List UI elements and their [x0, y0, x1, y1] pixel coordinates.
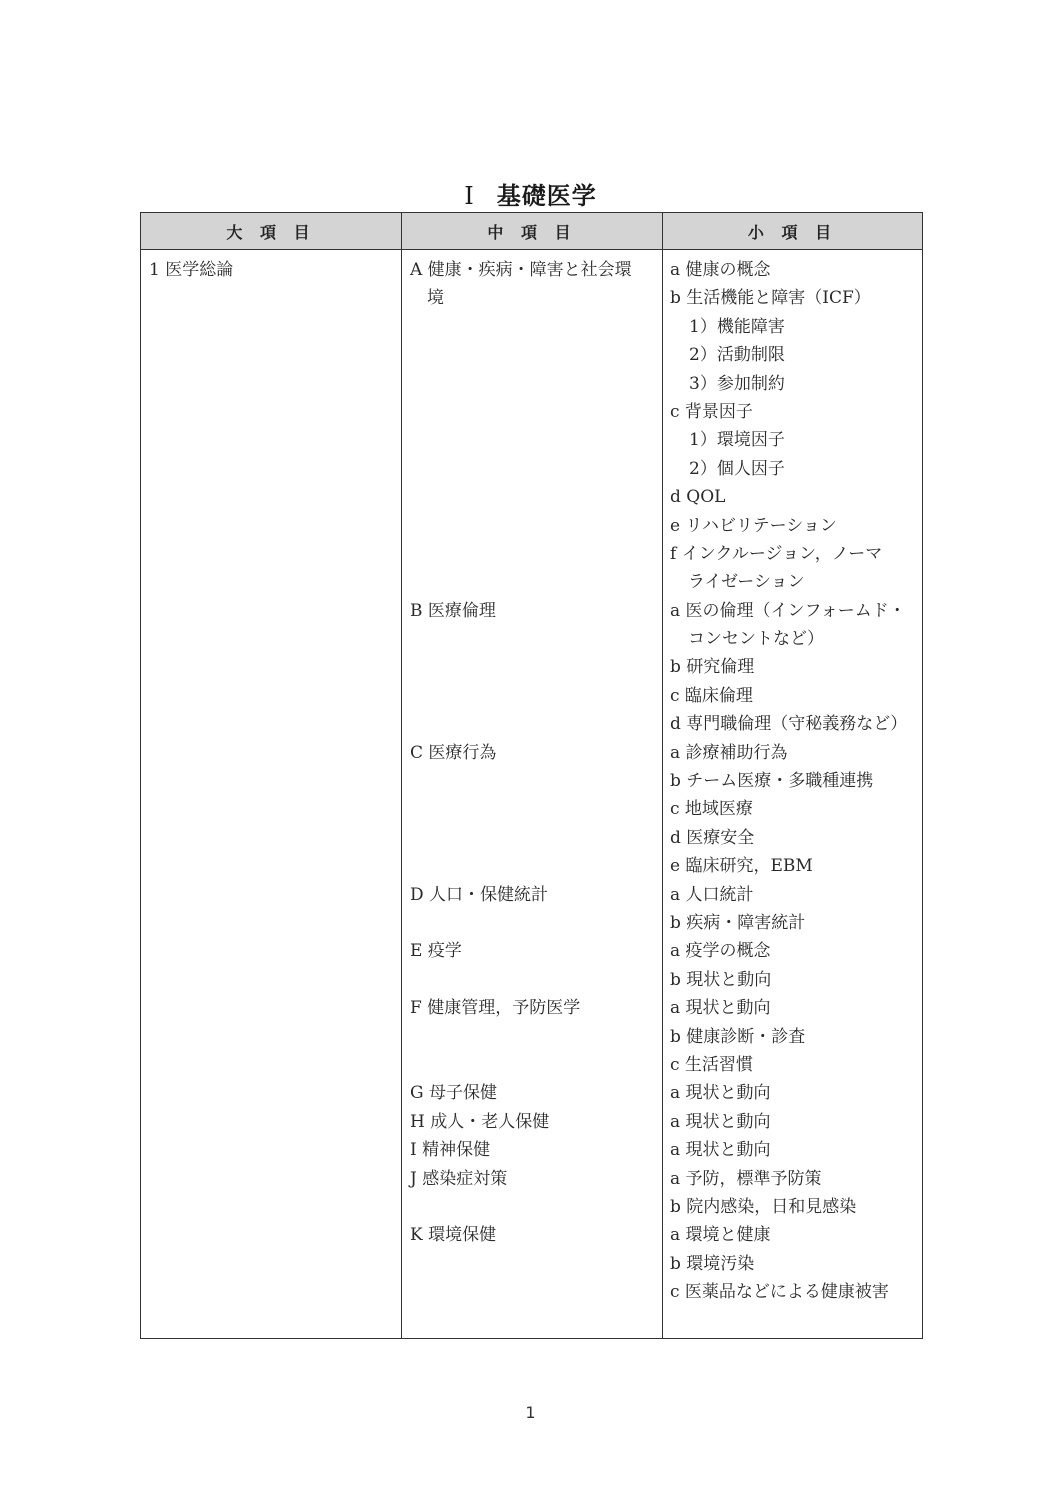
minor-item: c 地域医療: [663, 795, 922, 823]
minor-item: f インクルージョン，ノーマ: [663, 540, 922, 568]
middle-column: A 健康・疾病・障害と社会環境B 医療倫理C 医療行為D 人口・保健統計E 疫学…: [402, 250, 663, 1339]
middle-item: [402, 852, 662, 880]
middle-item: [402, 710, 662, 738]
minor-item: a 予防，標準予防策: [663, 1165, 922, 1193]
minor-item: a 現状と動向: [663, 1136, 922, 1164]
minor-column: a 健康の概念b 生活機能と障害（ICF）1）機能障害2）活動制限3）参加制約c…: [663, 250, 923, 1339]
header-middle: 中 項 目: [402, 213, 663, 250]
minor-item: c 生活習慣: [663, 1051, 922, 1079]
minor-item: a 現状と動向: [663, 1079, 922, 1107]
major-column: 1 医学総論: [141, 250, 402, 1339]
minor-item: 1）機能障害: [663, 313, 922, 341]
middle-item: F 健康管理，予防医学: [402, 994, 662, 1022]
middle-item: [402, 512, 662, 540]
middle-item: [402, 398, 662, 426]
minor-item: b 疾病・障害統計: [663, 909, 922, 937]
minor-item: b 生活機能と障害（ICF）: [663, 284, 922, 312]
middle-item: [402, 795, 662, 823]
outline-table: 大 項 目 中 項 目 小 項 目 1 医学総論 A 健康・疾病・障害と社会環境…: [140, 212, 923, 1339]
page-number: 1: [0, 1403, 1061, 1422]
minor-item: a 健康の概念: [663, 256, 922, 284]
middle-item: [402, 653, 662, 681]
middle-item: K 環境保健: [402, 1221, 662, 1249]
minor-item: a 疫学の概念: [663, 937, 922, 965]
minor-item: b チーム医療・多職種連携: [663, 767, 922, 795]
minor-item: e リハビリテーション: [663, 512, 922, 540]
minor-item: e 臨床研究，EBM: [663, 852, 922, 880]
middle-item: 境: [402, 284, 662, 312]
middle-item: [402, 966, 662, 994]
middle-item: [402, 767, 662, 795]
minor-item: ライゼーション: [663, 568, 922, 596]
middle-item: [402, 824, 662, 852]
middle-item: C 医療行為: [402, 739, 662, 767]
middle-item: B 医療倫理: [402, 597, 662, 625]
minor-item: a 診療補助行為: [663, 739, 922, 767]
minor-item: b 研究倫理: [663, 653, 922, 681]
minor-item: b 環境汚染: [663, 1250, 922, 1278]
middle-item: [402, 483, 662, 511]
minor-item: a 現状と動向: [663, 994, 922, 1022]
middle-item: H 成人・老人保健: [402, 1108, 662, 1136]
middle-item: [402, 1278, 662, 1306]
minor-item: d 医療安全: [663, 824, 922, 852]
middle-item: [402, 455, 662, 483]
middle-item: E 疫学: [402, 937, 662, 965]
middle-item: A 健康・疾病・障害と社会環: [402, 256, 662, 284]
minor-item: 3）参加制約: [663, 370, 922, 398]
minor-item: c 臨床倫理: [663, 682, 922, 710]
title-text: 基礎医学: [497, 181, 597, 210]
minor-item: b 現状と動向: [663, 966, 922, 994]
table-header-row: 大 項 目 中 項 目 小 項 目: [141, 213, 923, 250]
minor-item: a 現状と動向: [663, 1108, 922, 1136]
middle-item: [402, 1023, 662, 1051]
middle-item: [402, 1250, 662, 1278]
minor-item: b 健康診断・診査: [663, 1023, 922, 1051]
middle-item: [402, 1193, 662, 1221]
minor-item: コンセントなど）: [663, 625, 922, 653]
middle-item: [402, 313, 662, 341]
minor-item: d QOL: [663, 483, 922, 511]
middle-item: J 感染症対策: [402, 1165, 662, 1193]
middle-item: [402, 370, 662, 398]
minor-item: a 環境と健康: [663, 1221, 922, 1249]
table-row: 1 医学総論 A 健康・疾病・障害と社会環境B 医療倫理C 医療行為D 人口・保…: [141, 250, 923, 1339]
middle-item: [402, 568, 662, 596]
middle-item: [402, 1051, 662, 1079]
middle-item: [402, 426, 662, 454]
page-title: Ⅰ基礎医学: [0, 176, 1061, 211]
minor-item: a 医の倫理（インフォームド・: [663, 597, 922, 625]
middle-item: I 精神保健: [402, 1136, 662, 1164]
major-item: 1 医学総論: [141, 256, 401, 284]
middle-item: [402, 341, 662, 369]
minor-item: 1）環境因子: [663, 426, 922, 454]
minor-item: c 背景因子: [663, 398, 922, 426]
minor-item: d 専門職倫理（守秘義務など）: [663, 710, 922, 738]
title-number: Ⅰ: [464, 182, 474, 210]
middle-item: [402, 625, 662, 653]
header-major: 大 項 目: [141, 213, 402, 250]
header-minor: 小 項 目: [663, 213, 923, 250]
middle-item: D 人口・保健統計: [402, 881, 662, 909]
minor-item: 2）活動制限: [663, 341, 922, 369]
middle-item: [402, 540, 662, 568]
middle-item: [402, 909, 662, 937]
minor-item: b 院内感染，日和見感染: [663, 1193, 922, 1221]
middle-item: G 母子保健: [402, 1079, 662, 1107]
middle-item: [402, 682, 662, 710]
minor-item: c 医薬品などによる健康被害: [663, 1278, 922, 1306]
minor-item: a 人口統計: [663, 881, 922, 909]
minor-item: 2）個人因子: [663, 455, 922, 483]
